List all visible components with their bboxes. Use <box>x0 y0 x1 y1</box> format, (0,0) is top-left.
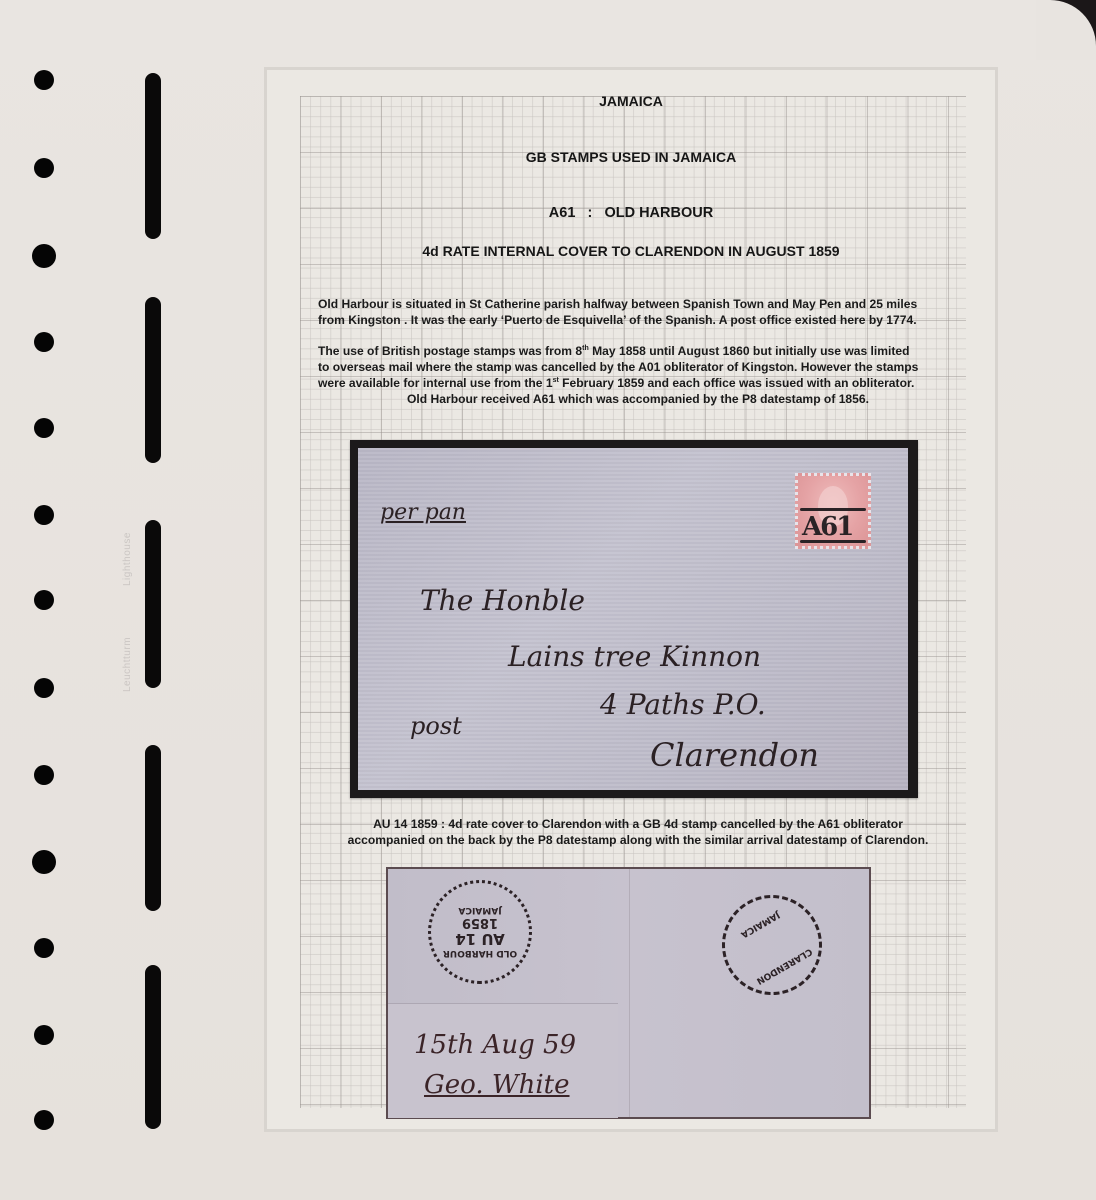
intro-line: The use of British postage stamps was fr… <box>318 343 958 359</box>
datestamp-bottom-text: JAMAICA <box>458 906 501 916</box>
intro-line: were available for internal use from the… <box>318 375 958 391</box>
album-page: Leuchtturm Lighthouse JAMAICA GB STAMPS … <box>0 0 1096 1200</box>
punch-hole <box>34 1110 54 1130</box>
cover-caption: AU 14 1859 : 4d rate cover to Clarendon … <box>318 816 958 848</box>
obliterator-bar <box>800 540 866 543</box>
obliterator-bar <box>800 508 866 511</box>
cover-fold <box>629 869 630 1117</box>
back-flap <box>388 1003 618 1118</box>
p8-departure-datestamp: OLD HARBOUR AU 14 1859 JAMAICA <box>428 880 532 984</box>
caption-line: AU 14 1859 : 4d rate cover to Clarendon … <box>318 816 958 832</box>
text-run: were available for internal use from the… <box>318 376 553 390</box>
caption-line: accompanied on the back by the P8 datest… <box>318 832 958 848</box>
manuscript-address-2: Lains tree Kinnon <box>508 640 761 673</box>
watermark-leuchtturm: Leuchtturm <box>122 637 133 692</box>
manuscript-per-pan: per pan <box>380 500 466 525</box>
datestamp-top-text: OLD HARBOUR <box>443 949 517 959</box>
punch-hole <box>34 70 54 90</box>
datestamp-year: 1859 <box>462 916 498 931</box>
manuscript-address-4: Clarendon <box>650 736 819 774</box>
punch-hole <box>34 1025 54 1045</box>
text-run: The use of British postage stamps was fr… <box>318 344 582 358</box>
punch-hole <box>34 678 54 698</box>
punch-hole <box>32 244 56 268</box>
binder-slot <box>145 745 161 911</box>
punch-hole <box>34 765 54 785</box>
punch-hole <box>34 158 54 178</box>
ordinal-suffix: th <box>582 345 589 352</box>
a61-obliterator-cancel: A61 <box>802 512 868 542</box>
cover-title: 4d RATE INTERNAL COVER TO CLARENDON IN A… <box>264 243 998 259</box>
punch-hole <box>34 938 54 958</box>
manuscript-date: 15th Aug 59 <box>414 1030 576 1060</box>
manuscript-post: post <box>410 712 462 740</box>
page-subtitle: GB STAMPS USED IN JAMAICA <box>264 149 998 165</box>
intro-paragraph-1: Old Harbour is situated in St Catherine … <box>318 296 958 328</box>
manuscript-address-1: The Honble <box>420 584 585 617</box>
punch-hole <box>34 590 54 610</box>
text-run: May 1858 until August 1860 but initially… <box>589 344 910 358</box>
text-run: February 1859 and each office was issued… <box>559 376 915 390</box>
datestamp-date: AU 14 <box>455 931 504 949</box>
country-title: JAMAICA <box>264 93 998 109</box>
gb-4d-stamp: A61 <box>795 473 871 549</box>
intro-line: from Kingston . It was the early ‘Puerto… <box>318 312 958 328</box>
office-code: A61 <box>549 205 576 221</box>
manuscript-address-3: 4 Paths P.O. <box>600 688 766 721</box>
punch-hole <box>34 505 54 525</box>
punch-hole <box>32 850 56 874</box>
binder-slot <box>145 965 161 1129</box>
office-heading: A61 : OLD HARBOUR <box>264 205 998 221</box>
intro-line: Old Harbour is situated in St Catherine … <box>318 296 958 312</box>
office-separator: : <box>588 205 593 221</box>
watermark-lighthouse: Lighthouse <box>122 532 133 586</box>
punch-hole <box>34 418 54 438</box>
manuscript-signature: Geo. White <box>424 1070 570 1100</box>
intro-line: Old Harbour received A61 which was accom… <box>318 391 958 407</box>
office-name: OLD HARBOUR <box>604 205 713 221</box>
binder-slot <box>145 297 161 463</box>
binder-slot <box>145 520 161 688</box>
punch-hole <box>34 332 54 352</box>
datestamp-bottom-text: JAMAICA <box>739 909 781 939</box>
binder-slot <box>145 73 161 239</box>
datestamp-top-text: CLARENDON <box>754 946 813 986</box>
intro-paragraph-2: The use of British postage stamps was fr… <box>318 343 958 407</box>
intro-line: to overseas mail where the stamp was can… <box>318 359 958 375</box>
